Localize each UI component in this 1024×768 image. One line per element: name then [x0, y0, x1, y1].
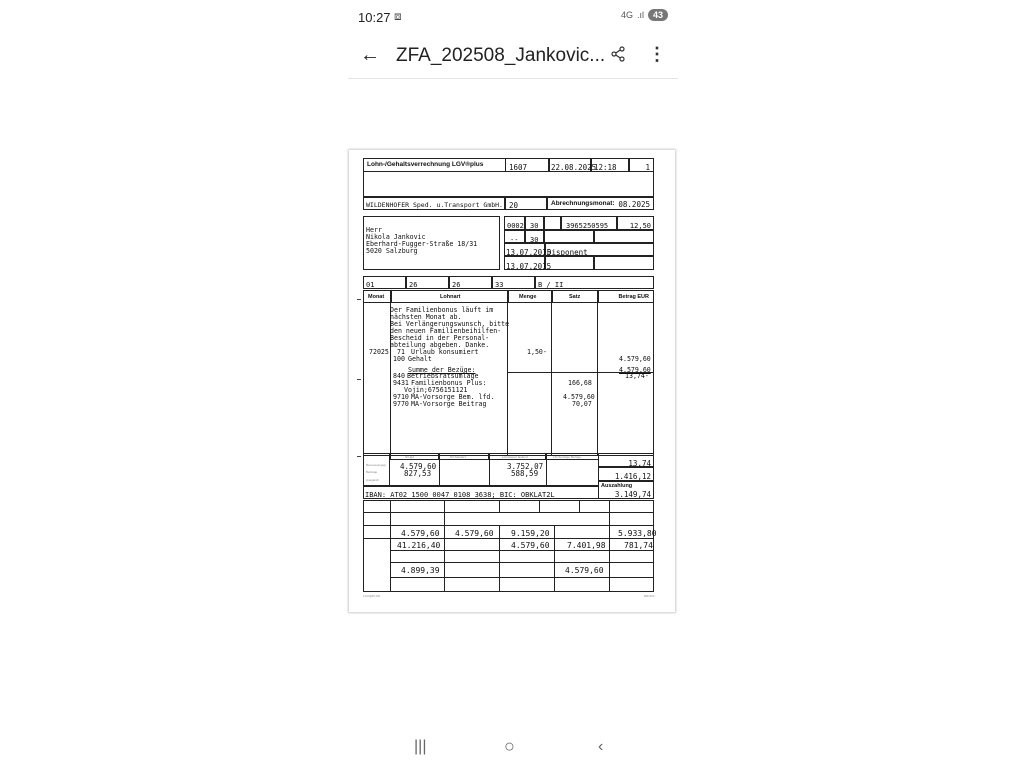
summary-h4: LSt Sonstige Bezüge	[546, 453, 599, 460]
earning-qty-1: 1,50-	[527, 349, 547, 356]
tax-amount: 588,59	[511, 469, 538, 478]
hours: 12,50	[630, 222, 651, 230]
cum-r4-c4: 4.579,60	[565, 566, 604, 575]
days2-box: 30	[525, 230, 544, 243]
header-qty: Menge	[519, 294, 536, 300]
deduction-desc-5: MA-Vorsorge Beitrag	[411, 401, 486, 408]
total-deductions-box: 1.416,12	[598, 467, 654, 481]
header-wage-type: Lohnart	[440, 294, 460, 300]
blank-box-3	[594, 230, 654, 243]
summary-h1: SV-lgd	[390, 453, 439, 460]
share-icon[interactable]	[610, 46, 626, 67]
payslip: Lohn-/Gehaltsverrechnung LGV®plus 1607 2…	[349, 150, 675, 612]
time-box: 12:18	[591, 158, 629, 172]
svnr-box: 3965250595	[561, 216, 617, 230]
col-qty: Menge	[508, 290, 552, 303]
cum-r2-c3: 4.579,60	[511, 541, 550, 550]
company-code-box: 20	[505, 196, 547, 210]
cum-r1-c5: 5.933,80	[618, 529, 657, 538]
position-box: Disponent	[545, 243, 654, 256]
days1: 30	[530, 222, 538, 230]
info-value-1: 01	[366, 281, 374, 289]
cum-r2-c5: 781,74	[624, 541, 653, 550]
summary-labels: Bemessungsgr. Beiträge Ausgleich	[363, 453, 390, 486]
summary-h2: SV-Sonderz.	[439, 453, 489, 460]
info-value-3: 26	[452, 281, 460, 289]
deduction-code-5: 9770	[393, 401, 409, 408]
col-amount: Betrag EUR	[598, 290, 654, 303]
info-value-2: 26	[409, 281, 417, 289]
info-cell-4: 33	[492, 276, 535, 289]
company-code: 20	[509, 201, 518, 210]
info-cell-3: 26	[449, 276, 492, 289]
blank-box	[544, 216, 561, 230]
other-deductions-box: 13,74	[598, 453, 654, 467]
seniority-box: 13.07.2015	[504, 256, 545, 270]
address-line-4: 5020 Salzburg	[366, 248, 418, 255]
blank-box-2	[544, 230, 594, 243]
company-box: WILDENHOFER Sped. u.Transport GmbH.	[363, 196, 505, 210]
earning-desc-2: Gehalt	[408, 356, 432, 363]
cum-r1-c2: 4.579,60	[455, 529, 494, 538]
period-box: Abrechnungsmonat: 08.2025	[547, 196, 654, 210]
deduction-rate-5: 70,07	[572, 401, 592, 408]
network-type: 4G	[621, 10, 633, 20]
earning-amount-2: 4.579,60	[619, 356, 651, 363]
cum-r2-c4: 7.401,98	[567, 541, 606, 550]
home-icon[interactable]: ○	[504, 736, 515, 757]
screenshot-icon: ⧈	[394, 9, 402, 24]
address-box: Herr Nikola Jankovic Eberhard-Fugger-Str…	[363, 216, 500, 270]
form-title: Lohn-/Gehaltsverrechnung LGV®plus	[367, 161, 483, 168]
blank-area	[363, 172, 654, 198]
header-month: Monat	[368, 294, 384, 300]
arrow-left-icon[interactable]: ←	[360, 44, 380, 67]
header-rate: Satz	[569, 294, 580, 300]
footer-left: LGV@PLUS	[363, 594, 380, 598]
system-nav-bar: ||| ○ ‹	[380, 735, 640, 765]
payout-box: Auszahlung 3.149,74	[598, 481, 654, 499]
hours-box: 12,50	[617, 216, 654, 230]
fold-mark-3	[357, 456, 361, 457]
fold-mark	[357, 299, 361, 300]
print-time: 12:18	[594, 163, 617, 172]
status-bar: 10:27 ⧈ 4G .ıl 43	[348, 6, 678, 30]
document-page[interactable]: Lohn-/Gehaltsverrechnung LGV®plus 1607 2…	[349, 150, 675, 612]
footer-right: DRUCK	[644, 594, 655, 598]
fold-mark-2	[357, 379, 361, 380]
info-cell-5: B / II	[535, 276, 654, 289]
signal-icon: .ıl	[637, 10, 644, 20]
code1-box: 0002	[504, 216, 525, 230]
summary-label-1: Bemessungsgr.	[366, 463, 387, 467]
col-wage-type: Lohnart	[391, 290, 508, 303]
blank-box-4	[545, 256, 594, 270]
code1: 0002	[507, 222, 524, 230]
earning-month: 72025	[369, 349, 389, 356]
payout-amount: 3.149,74	[615, 490, 651, 499]
bank-details: IBAN: AT02 1500 0047 0108 3638; BIC: OBK…	[365, 491, 555, 499]
summary-label-2: Beiträge	[366, 470, 377, 474]
info-value-5: B / II	[538, 281, 563, 289]
header-amount: Betrag EUR	[618, 294, 649, 300]
cum-r1-c1: 4.579,60	[401, 529, 440, 538]
cum-r1-c3: 9.159,20	[511, 529, 550, 538]
page-number: 1	[645, 163, 650, 172]
summary-header-1: SV-lgd	[405, 455, 414, 459]
period-label: Abrechnungsmonat:	[551, 200, 615, 207]
col-month: Monat	[363, 290, 391, 303]
company-name: WILDENHOFER Sped. u.Transport GmbH.	[366, 201, 503, 209]
summary-header-2: SV-Sonderz.	[450, 455, 467, 459]
back-chevron-icon[interactable]: ‹	[598, 738, 603, 756]
info-value-4: 33	[495, 281, 503, 289]
recents-icon[interactable]: |||	[414, 738, 426, 756]
deduction-rate-2: 166,68	[568, 380, 592, 387]
status-time: 10:27	[358, 10, 391, 25]
payout-label: Auszahlung	[601, 483, 632, 489]
days1-box: 30	[525, 216, 544, 230]
total-deductions: 1.416,12	[615, 472, 651, 481]
period-value: 08.2025	[618, 200, 650, 209]
sv-contrib: 827,53	[404, 469, 431, 478]
print-date: 22.08.2025	[551, 163, 596, 172]
summary-h3: Lohnsteuer laufend	[489, 453, 546, 460]
deduction-amount-1: 13,74-	[625, 373, 649, 380]
document-title: ZFA_202508_Jankovic...	[396, 45, 605, 67]
page-box: 1	[629, 158, 654, 172]
earning-code-2: 100	[393, 356, 405, 363]
svnr: 3965250595	[566, 222, 608, 230]
cum-r2-c1: 41.216,40	[397, 541, 440, 550]
cum-r4-c1: 4.899,39	[401, 566, 440, 575]
entry-date-box: 13.07.2015	[504, 243, 545, 256]
summary-header-3: Lohnsteuer laufend	[502, 455, 528, 459]
blank-box-5	[594, 256, 654, 270]
status-indicators: 4G .ıl 43	[621, 9, 668, 21]
personnel-no: 1607	[509, 163, 527, 172]
app-bar: ← ZFA_202508_Jankovic... ⋮	[348, 38, 678, 79]
info-cell-2: 26	[406, 276, 449, 289]
bank-box: IBAN: AT02 1500 0047 0108 3638; BIC: OBK…	[363, 486, 599, 499]
summary-label-3: Ausgleich	[366, 478, 379, 482]
summary-header-4: LSt Sonstige Bezüge	[553, 455, 581, 459]
personnel-no-box: 1607	[505, 158, 549, 172]
more-vertical-icon[interactable]: ⋮	[648, 44, 666, 65]
code2-box: --	[504, 230, 525, 243]
col-rate: Satz	[552, 290, 598, 303]
info-cell-1: 01	[363, 276, 406, 289]
date-box: 22.08.2025	[549, 158, 591, 172]
battery-icon: 43	[648, 9, 668, 21]
